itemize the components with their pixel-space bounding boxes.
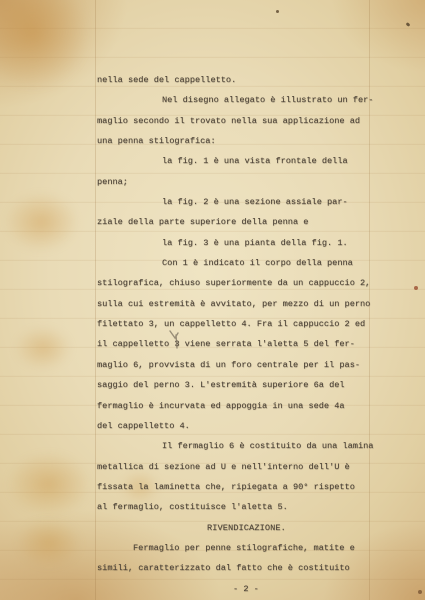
typed-line: una penna stilografica: [97, 131, 397, 151]
typed-line: ziale della parte superiore della penna … [97, 212, 397, 232]
rust-speck [414, 286, 418, 290]
pencil-correction-mark [164, 328, 184, 352]
claims-heading: RIVENDICAZIONE. [97, 518, 397, 538]
typed-line: stilografica, chiuso superiormente da un… [97, 273, 397, 293]
typed-line: maglio 6, provvista di un foro centrale … [97, 355, 397, 375]
typed-line: fissata la laminetta che, ripiegata a 90… [97, 477, 397, 497]
typed-line: saggio del perno 3. L'estremità superior… [97, 375, 397, 395]
typed-line: maglio secondo il trovato nella sua appl… [97, 111, 397, 131]
typed-line: la fig. 2 è una sezione assiale par- [97, 192, 397, 212]
scanned-typewritten-page: nella sede del cappelletto.Nel disegno a… [0, 0, 425, 600]
typed-line: filettato 3, un cappelletto 4. Fra il ca… [97, 314, 397, 334]
typed-line: la fig. 1 è una vista frontale della [97, 151, 397, 171]
ink-speck [418, 590, 422, 594]
paper-stain [4, 192, 79, 252]
typed-line: metallica di sezione ad U e nell'interno… [97, 457, 397, 477]
page-number: - 2 - [97, 579, 397, 599]
typed-line: simili, caratterizzato dal fatto che è c… [97, 558, 397, 578]
left-margin-fold-line [95, 0, 96, 600]
typed-line: fermaglio è incurvata ed appoggia in una… [97, 396, 397, 416]
typed-line: la fig. 3 è una pianta della fig. 1. [97, 233, 397, 253]
typed-line: Con 1 è indicato il corpo della penna [97, 253, 397, 273]
typed-lines: nella sede del cappelletto.Nel disegno a… [97, 70, 397, 599]
ink-speck [406, 22, 411, 27]
typed-line: il cappelletto 3 viene serrata l'aletta … [97, 334, 397, 354]
paper-stain [0, 0, 90, 90]
typed-line: Fermaglio per penne stilografiche, matit… [97, 538, 397, 558]
typed-line: Nel disegno allegato è illustrato un fer… [97, 90, 397, 110]
paper-stain [14, 326, 72, 370]
typed-line: del cappelletto 4. [97, 416, 397, 436]
typed-line: al fermaglio, costituisce l'aletta 5. [97, 497, 397, 517]
typed-line: penna; [97, 172, 397, 192]
paper-stain [6, 452, 91, 517]
ink-speck [276, 10, 279, 13]
typed-line: nella sede del cappelletto. [97, 70, 397, 90]
paper-stain [16, 518, 82, 568]
typed-line: Il fermaglio 6 è costituito da una lamin… [97, 436, 397, 456]
typed-line: sulla cui estremità è avvitato, per mezz… [97, 294, 397, 314]
